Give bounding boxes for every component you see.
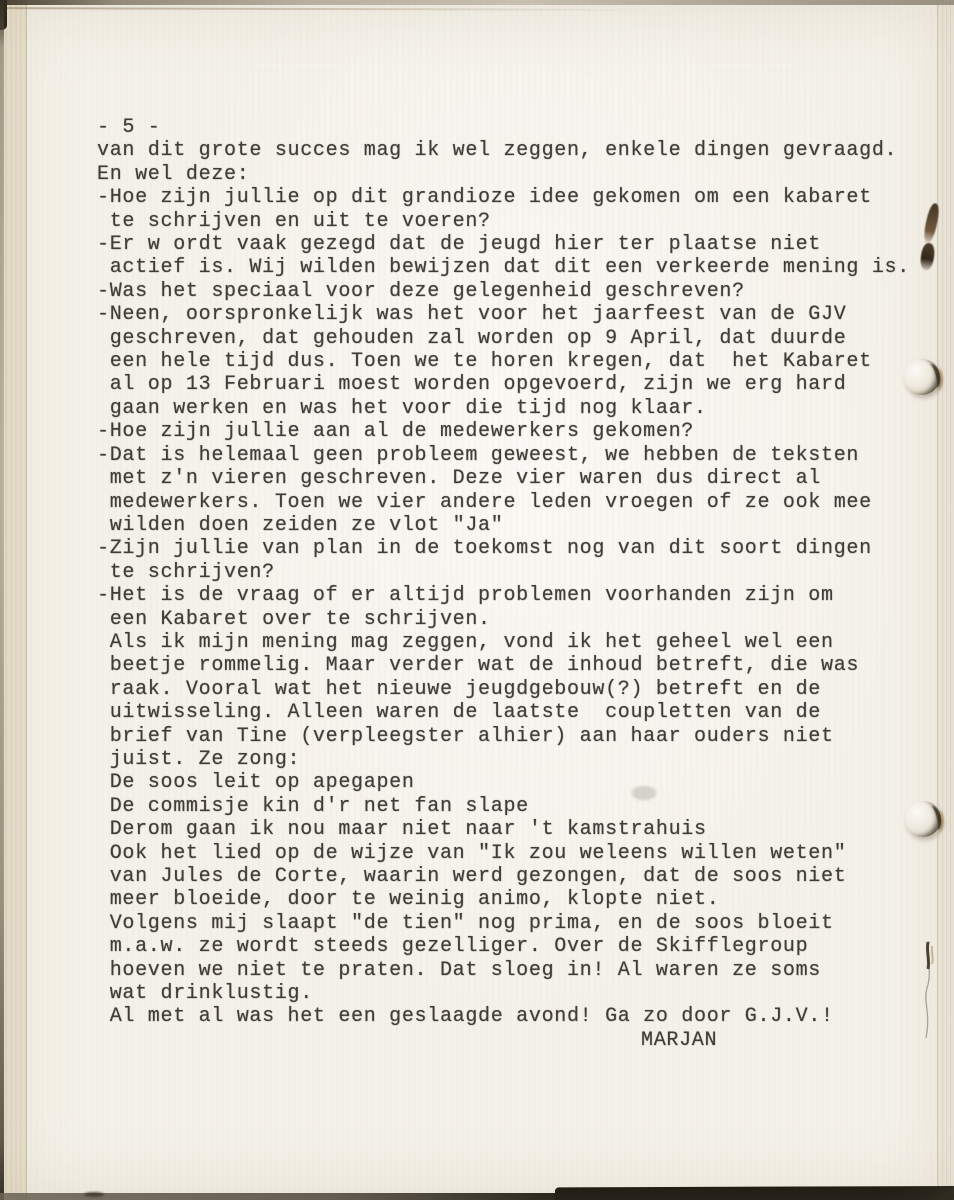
bottom-edge-mark [84,1192,104,1197]
scanned-page: - 5 - van dit grote succes mag ik wel ze… [0,0,954,1200]
typed-body: van dit grote succes mag ik wel zeggen, … [97,139,943,1028]
faint-smudge [632,786,656,800]
paper-left-margin [0,0,27,1200]
typed-text-column: - 5 - van dit grote succes mag ik wel ze… [97,116,943,1052]
page-edge-top [0,0,954,5]
page-edge-bottom-dark [555,1186,954,1200]
binding-fastener-top [904,359,940,395]
signature: MARJAN [641,1029,943,1052]
page-edge-left [0,0,4,1200]
binding-fastener-bottom [905,801,941,837]
top-crease-line [0,7,649,11]
page-number: - 5 - [97,116,943,139]
scratch-mark [916,938,942,1042]
